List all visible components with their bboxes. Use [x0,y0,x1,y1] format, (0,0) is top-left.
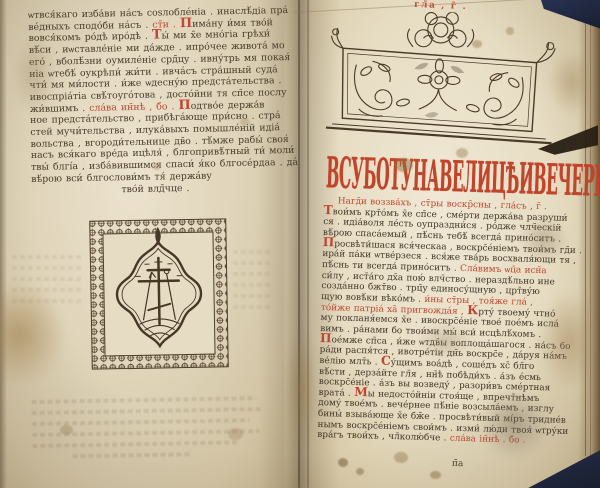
stain [394,452,408,463]
stain [240,118,250,126]
bleed-through-text [233,250,271,316]
stain [506,27,514,35]
stain [538,292,600,390]
stain [284,330,318,450]
book-photo: { "palette": { "page": "#e7ddc3", "ink_b… [0,0,600,488]
stain [12,35,57,115]
stain [456,148,468,158]
stain [478,388,550,460]
stain [338,458,348,467]
stain [418,322,474,360]
stain [356,468,364,475]
stain [548,50,596,115]
quire-signature: п̄а [452,459,464,469]
stain [472,40,482,48]
floral-headpiece-icon [324,8,561,147]
stain [430,471,441,479]
stain [228,428,243,440]
stain [152,163,161,170]
stain [395,158,413,172]
stain [60,425,73,435]
stain [518,215,570,263]
golgotha-cross-icon [88,217,231,371]
left-page-edge [0,0,7,488]
